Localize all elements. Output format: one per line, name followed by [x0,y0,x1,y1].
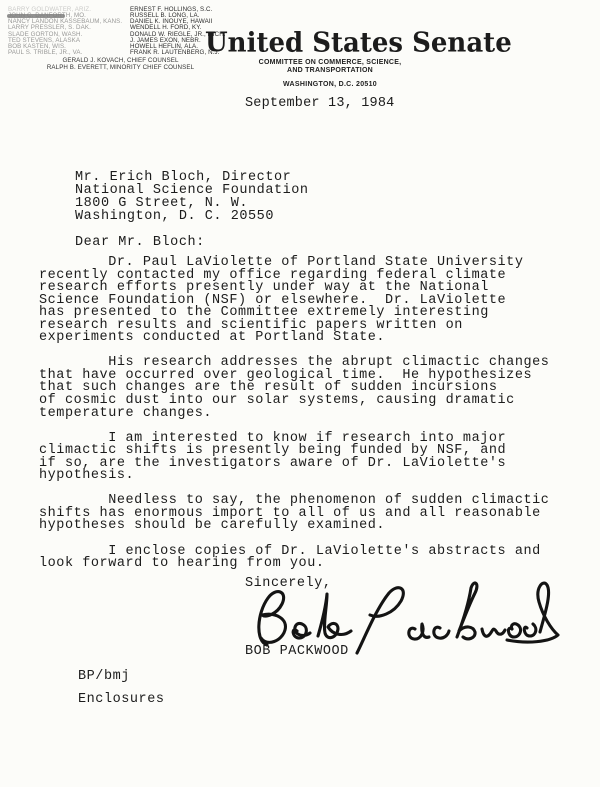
senate-title: United States Senate [205,29,455,56]
committee-line-1: COMMITTEE ON COMMERCE, SCIENCE, [205,59,455,67]
scanned-letter-page: BARRY GOLDWATER, ARIZ.JOHN C. DANFORTH, … [0,0,600,787]
body-paragraph: I enclose copies of Dr. LaViolette's abs… [39,546,579,571]
committee-line-2: AND TRANSPORTATION [205,67,455,75]
counsel-line: RALPH B. EVERETT, MINORITY CHIEF COUNSEL [8,65,233,71]
counsel-lines: GERALD J. KOVACH, CHIEF COUNSELRALPH B. … [8,58,233,71]
letter-date: September 13, 1984 [245,96,394,111]
letter-body: Dr. Paul LaViolette of Portland State Un… [39,257,579,583]
letterhead-center: United States Senate COMMITTEE ON COMMER… [205,30,455,88]
members-majority-list: BARRY GOLDWATER, ARIZ.JOHN C. DANFORTH, … [8,7,130,56]
body-paragraph: Dr. Paul LaViolette of Portland State Un… [39,257,579,345]
enclosures-note: Enclosures [78,693,165,706]
typed-signer-name: BOB PACKWOOD [245,645,349,658]
body-paragraph: I am interested to know if research into… [39,433,579,483]
committee-name: COMMITTEE ON COMMERCE, SCIENCE, AND TRAN… [205,59,455,75]
body-paragraph: Needless to say, the phenomenon of sudde… [39,495,579,533]
letterhead-city: WASHINGTON, D.C. 20510 [205,81,455,88]
reference-initials: BP/bmj [78,670,130,683]
body-paragraph: His research addresses the abrupt climac… [39,357,579,420]
salutation: Dear Mr. Bloch: [75,236,205,249]
member-name: PAUL S. TRIBLE, JR., VA. [8,50,130,56]
recipient-address-block: Mr. Erich Bloch, Director National Scien… [75,171,309,223]
